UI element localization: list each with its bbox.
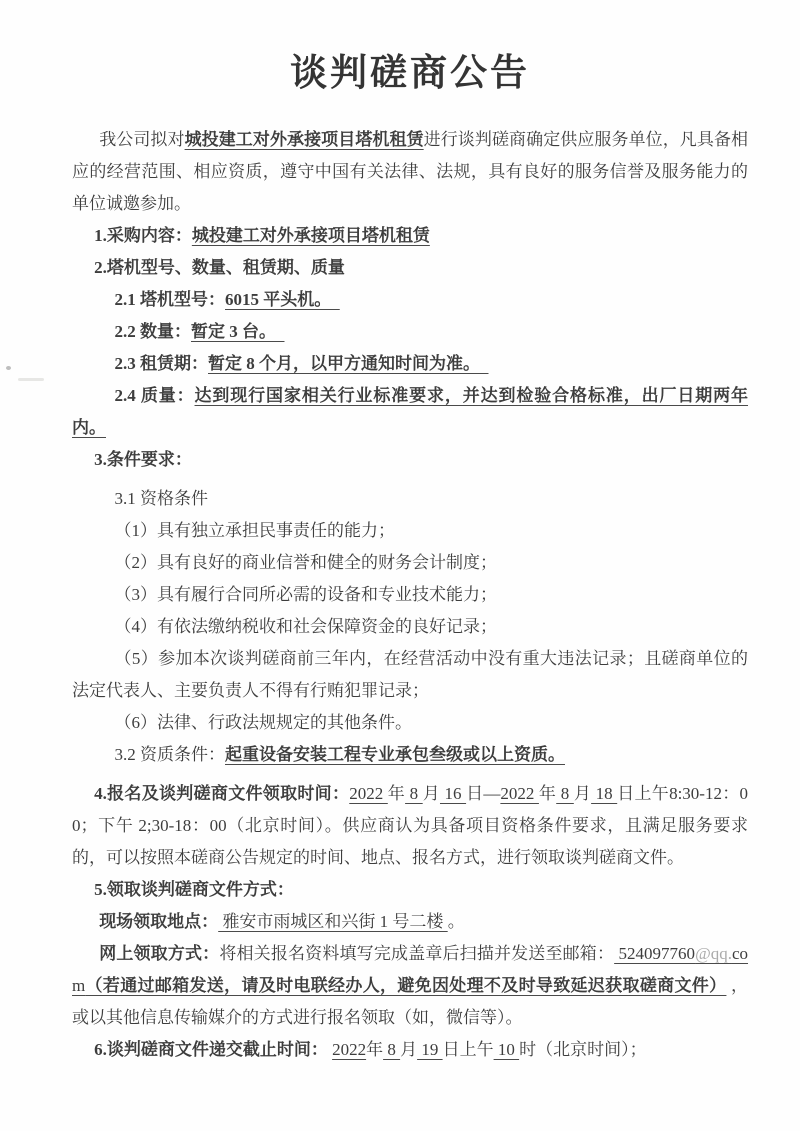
text-segment: 4.报名及谈判磋商文件领取时间： [94,784,349,803]
text-segment: 月 [574,784,591,803]
scan-artifact-dot [6,366,11,370]
text-segment: 将相关报名资料填写完成盖章后扫描并发送至邮箱： [219,944,614,963]
filled-blank-text: 524097760 [614,944,695,963]
paragraph: （3）具有履行合同所必需的设备和专业技术能力； [72,579,748,611]
text-segment: 3.条件要求： [94,450,192,469]
filled-blank-text: @qq. [695,944,732,963]
text-segment: 现场领取地点： [99,912,218,931]
text-segment: 年 [388,784,405,803]
document-title: 谈判磋商公告 [72,50,748,98]
paragraph: 2.4 质量：达到现行国家相关行业标准要求，并达到检验合格标准，出厂日期两年内。 [72,380,748,444]
text-segment: 日— [466,784,500,803]
paragraph: （1）具有独立承担民事责任的能力； [72,515,748,547]
paragraph: （5）参加本次谈判磋商前三年内，在经营活动中没有重大违法记录；且磋商单位的法定代… [72,643,748,707]
paragraph: 5.领取谈判磋商文件方式： [72,874,748,906]
text-segment: 6.谈判磋商文件递交截止时间： [94,1040,328,1059]
document-page: 谈判磋商公告 我公司拟对城投建工对外承接项目塔机租赁进行谈判磋商确定供应服务单位… [0,0,800,1131]
filled-blank-text: 暂定 3 台。 [191,322,285,341]
paragraph: 3.条件要求： [72,444,748,476]
text-segment: 时（北京时间）； [519,1040,647,1059]
filled-blank-text: 城投建工对外承接项目塔机租赁 [185,130,424,149]
text-segment: 。 [448,912,465,931]
text-segment: 3.1 资格条件 [115,489,209,508]
paragraph: 2.3 租赁期：暂定 8 个月，以甲方通知时间为准。 [72,348,748,380]
text-segment: 3.2 资质条件： [115,745,226,764]
paragraph: 1.采购内容：城投建工对外承接项目塔机租赁 [72,220,748,252]
paragraph: 2.1 塔机型号：6015 平头机。 [72,284,748,316]
paragraph: 现场领取地点： 雅安市雨城区和兴街 1 号二楼 。 [72,906,748,938]
text-segment: 年 [366,1040,383,1059]
paragraph: （4）有依法缴纳税收和社会保障资金的良好记录； [72,611,748,643]
paragraph: 2.2 数量：暂定 3 台。 [72,316,748,348]
text-segment: （5）参加本次谈判磋商前三年内，在经营活动中没有重大违法记录；且磋商单位的法定代… [72,649,748,700]
paragraph: 3.2 资质条件：起重设备安装工程专业承包叁级或以上资质。 [72,739,748,771]
filled-blank-text: 18 [591,784,617,803]
filled-blank-text: 起重设备安装工程专业承包叁级或以上资质。 [225,745,565,764]
paragraph: （2）具有良好的商业信誉和健全的财务会计制度； [72,547,748,579]
document-body: 我公司拟对城投建工对外承接项目塔机租赁进行谈判磋商确定供应服务单位，凡具备相应的… [72,124,748,1066]
paragraph: 3.1 资格条件 [72,483,748,515]
filled-blank-text: 16 [440,784,466,803]
text-segment: （2）具有良好的商业信誉和健全的财务会计制度； [115,553,498,572]
filled-blank-text: 8 [556,784,574,803]
text-segment: 2.4 质量： [115,386,195,405]
filled-blank-text: 2022 [332,1040,366,1059]
filled-blank-text: 8 [383,1040,400,1059]
scan-artifact-streak [18,378,44,381]
paragraph: 2.塔机型号、数量、租赁期、质量 [72,252,748,284]
paragraph: 我公司拟对城投建工对外承接项目塔机租赁进行谈判磋商确定供应服务单位，凡具备相应的… [72,124,748,220]
filled-blank-text: 城投建工对外承接项目塔机租赁 [192,226,430,245]
text-segment: 我公司拟对 [99,130,184,149]
text-segment: （3）具有履行合同所必需的设备和专业技术能力； [115,585,498,604]
text-segment: 2.3 租赁期： [115,354,209,373]
text-segment: 2.1 塔机型号： [115,290,226,309]
text-segment: （1）具有独立承担民事责任的能力； [115,521,396,540]
text-segment: 月 [400,1040,417,1059]
paragraph: 6.谈判磋商文件递交截止时间： 2022年 8 月 19 日上午 10 时（北京… [72,1034,748,1066]
filled-blank-text: 8 [405,784,423,803]
text-segment: 网上领取方式： [99,944,219,963]
filled-blank-text: 19 [417,1040,443,1059]
filled-blank-text: 2022 [349,784,388,803]
paragraph: （6）法律、行政法规规定的其他条件。 [72,707,748,739]
text-segment: 日上午 [443,1040,494,1059]
paragraph: 网上领取方式：将相关报名资料填写完成盖章后扫描并发送至邮箱： 524097760… [72,938,748,1034]
filled-blank-text: 10 [494,1040,520,1059]
text-segment: 年 [539,784,556,803]
text-segment: 5.领取谈判磋商文件方式： [94,880,294,899]
text-segment: 2.2 数量： [115,322,192,341]
filled-blank-text: （若通过邮箱发送，请及时电联经办人，避免因处理不及时导致延迟获取磋商文件） [85,976,726,995]
text-segment: （4）有依法缴纳税收和社会保障资金的良好记录； [115,617,498,636]
text-segment: （6）法律、行政法规规定的其他条件。 [115,713,413,732]
text-segment: 1.采购内容： [94,226,192,245]
text-segment: 2.塔机型号、数量、租赁期、质量 [94,258,345,277]
filled-blank-text: 暂定 8 个月，以甲方通知时间为准。 [208,354,489,373]
text-segment: 月 [423,784,440,803]
paragraph: 4.报名及谈判磋商文件领取时间：2022 年 8 月 16 日—2022 年 8… [72,778,748,874]
filled-blank-text: 2022 [500,784,539,803]
filled-blank-text: 雅安市雨城区和兴街 1 号二楼 [218,912,448,931]
filled-blank-text: 6015 平头机。 [225,290,340,309]
